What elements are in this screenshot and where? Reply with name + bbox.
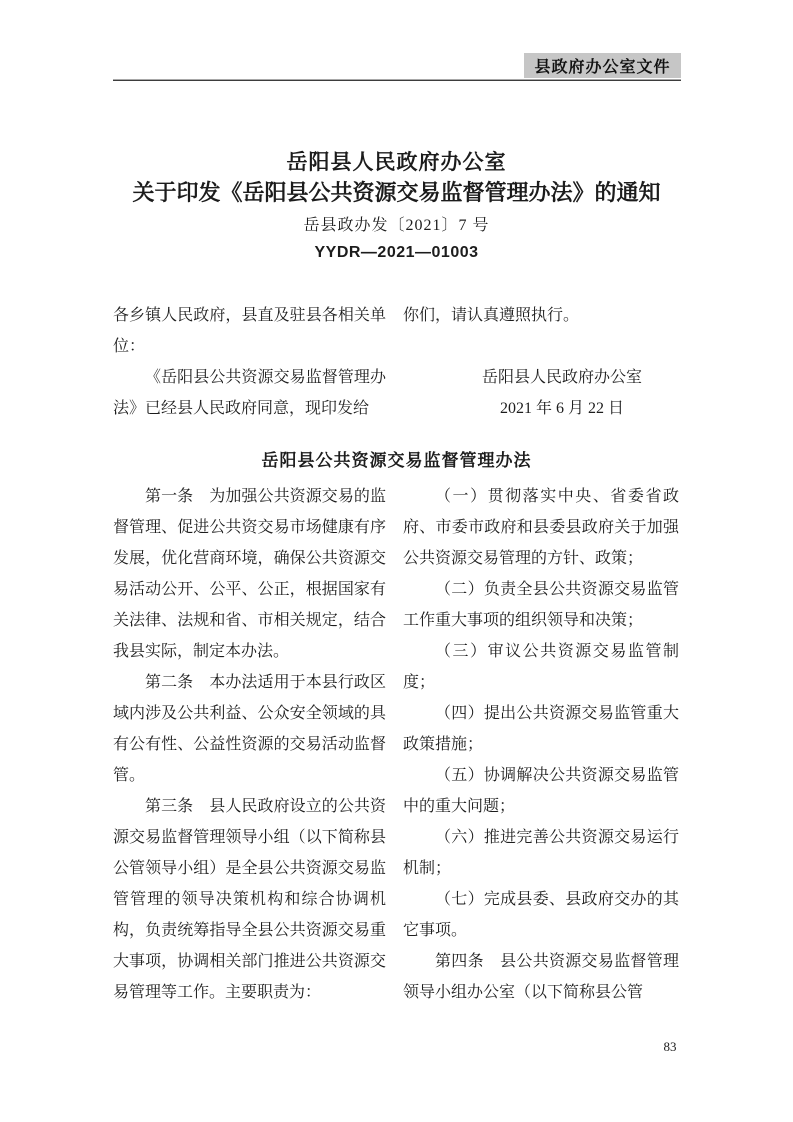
regulation-paragraph: （五）协调解决公共资源交易监管中的重大问题；	[403, 760, 679, 822]
regulation-paragraph: 第三条 县人民政府设立的公共资源交易监督管理领导小组（以下简称县公管领导小组）是…	[113, 791, 386, 1008]
document-title-line2: 关于印发《岳阳县公共资源交易监督管理办法》的通知	[0, 176, 793, 207]
regulation-paragraph: （六）推进完善公共资源交易运行机制；	[403, 822, 679, 884]
regulation-paragraph: （二）负责全县公共资源交易监管工作重大事项的组织领导和决策；	[403, 574, 679, 636]
intro-body-paragraph: 《岳阳县公共资源交易监督管理办法》已经县人民政府同意，现印发给	[113, 362, 386, 424]
signature-date: 2021 年 6 月 22 日	[445, 393, 679, 424]
regulation-left-column: 第一条 为加强公共资源交易的监督管理、促进公共资交易市场健康有序发展，优化营商环…	[113, 481, 386, 1008]
regulation-paragraph: （三）审议公共资源交易监管制度；	[403, 636, 679, 698]
intro-salutation: 各乡镇人民政府，县直及驻县各相关单位：	[113, 300, 386, 362]
document-title-line1: 岳阳县人民政府办公室	[0, 146, 793, 176]
regulation-heading: 岳阳县公共资源交易监督管理办法	[0, 446, 793, 471]
header-divider-line	[113, 79, 681, 81]
intro-left-column: 各乡镇人民政府，县直及驻县各相关单位： 《岳阳县公共资源交易监督管理办法》已经县…	[113, 300, 386, 424]
intro-continuation: 你们，请认真遵照执行。	[403, 300, 679, 331]
regulation-paragraph: 第四条 县公共资源交易监督管理领导小组办公室（以下简称县公管	[403, 946, 679, 1008]
intro-right-column: 你们，请认真遵照执行。 岳阳县人民政府办公室 2021 年 6 月 22 日	[403, 300, 679, 424]
document-serial-number: YYDR—2021—01003	[0, 244, 793, 262]
regulation-paragraph: （七）完成县委、县政府交办的其它事项。	[403, 884, 679, 946]
page-number: 83	[655, 1039, 685, 1055]
regulation-paragraph: 第一条 为加强公共资源交易的监督管理、促进公共资交易市场健康有序发展，优化营商环…	[113, 481, 386, 667]
document-page: 县政府办公室文件 岳阳县人民政府办公室 关于印发《岳阳县公共资源交易监督管理办法…	[0, 0, 793, 1122]
signature-office: 岳阳县人民政府办公室	[445, 362, 679, 393]
document-number: 岳县政办发〔2021〕7 号	[0, 212, 793, 235]
regulation-paragraph: （四）提出公共资源交易监管重大政策措施；	[403, 698, 679, 760]
regulation-right-column: （一）贯彻落实中央、省委省政府、市委市政府和县委县政府关于加强公共资源交易管理的…	[403, 481, 679, 1008]
signature-block: 岳阳县人民政府办公室 2021 年 6 月 22 日	[403, 362, 679, 424]
regulation-paragraph: （一）贯彻落实中央、省委省政府、市委市政府和县委县政府关于加强公共资源交易管理的…	[403, 481, 679, 574]
header-tag-box: 县政府办公室文件	[524, 53, 681, 78]
regulation-paragraph: 第二条 本办法适用于本县行政区域内涉及公共利益、公众安全领域的具有公有性、公益性…	[113, 667, 386, 791]
header-tag-label: 县政府办公室文件	[534, 54, 670, 77]
